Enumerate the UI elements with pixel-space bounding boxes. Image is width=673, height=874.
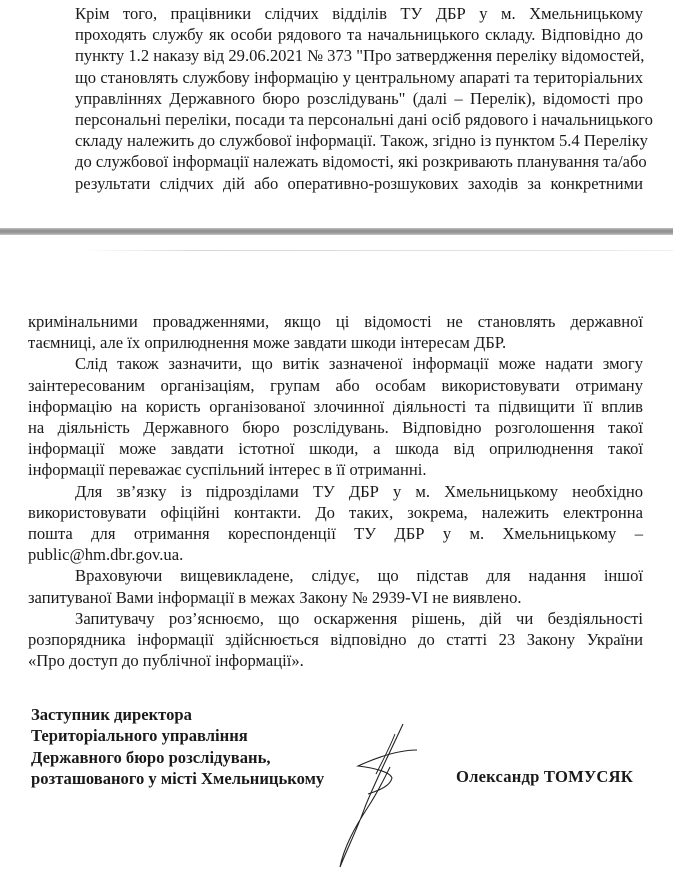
paragraph-official-contacts: Для зв’язку із підрозділами ТУ ДБР у м. … — [28, 481, 643, 566]
text-line: заінтересованим організаціям, групам або… — [28, 375, 643, 396]
text-line: персональні переліки, посади та персонал… — [28, 109, 643, 130]
text-line: пункту 1.2 наказу від 29.06.2021 № 373 "… — [28, 45, 643, 66]
text-line: управліннях Державного бюро розслідувань… — [28, 88, 643, 109]
page-edge-shadow — [80, 250, 673, 251]
page-break-separator — [0, 228, 673, 235]
text-line: запитуваної Вами інформації в межах Зако… — [28, 587, 643, 608]
text-line: інформацію на користь організованої злоч… — [28, 396, 643, 417]
text-line: Враховуючи вищевикладене, слідує, що під… — [28, 565, 643, 586]
paragraph-service-info: Крім того, працівники слідчих відділів Т… — [28, 3, 643, 194]
page-fragment-bottom: кримінальними провадженнями, якщо ці від… — [28, 311, 643, 671]
paragraph-appeal-rights: Запитувачу роз’яснюємо, що оскарження рі… — [28, 608, 643, 672]
text-line: розпорядника інформації здійснюється від… — [28, 629, 643, 650]
signer-name: Олександр ТОМУСЯК — [456, 767, 633, 787]
text-line: «Про доступ до публічної інформації». — [28, 650, 643, 671]
paragraph-continuation: кримінальними провадженнями, якщо ці від… — [28, 311, 643, 353]
text-line: складу належить до службової інформації.… — [28, 130, 643, 151]
text-line: на діяльність Державного бюро розслідува… — [28, 417, 643, 438]
text-line: інформації переважає суспільний інтерес … — [28, 459, 643, 480]
position-line: розташованого у місті Хмельницькому — [31, 768, 324, 789]
text-line: проходять службу як особи рядового та на… — [28, 24, 643, 45]
position-line: Державного бюро розслідувань, — [31, 747, 324, 768]
text-line: таємниці, але їх оприлюднення може завда… — [28, 332, 643, 353]
paragraph-leak-risk: Слід також зазначити, що витік зазначено… — [28, 353, 643, 480]
paragraph-conclusion: Враховуючи вищевикладене, слідує, що під… — [28, 565, 643, 607]
text-line: до службової інформації належать відомос… — [28, 151, 643, 172]
text-line: Для зв’язку із підрозділами ТУ ДБР у м. … — [28, 481, 643, 502]
position-line: Заступник директора — [31, 704, 324, 725]
text-line: Слід також зазначити, що витік зазначено… — [28, 353, 643, 374]
position-line: Територіального управління — [31, 725, 324, 746]
text-line: що становлять службову інформацію у цент… — [28, 67, 643, 88]
text-line: Запитувачу роз’яснюємо, що оскарження рі… — [28, 608, 643, 629]
contact-email: public@hm.dbr.gov.ua. — [28, 544, 643, 565]
page-fragment-top: Крім того, працівники слідчих відділів Т… — [28, 3, 643, 194]
text-line: результати слідчих дій або оперативно-ро… — [28, 173, 643, 194]
text-line: інформації може завдати істотної шкоди, … — [28, 438, 643, 459]
signatory-position: Заступник директора Територіального упра… — [31, 704, 324, 789]
text-line: Крім того, працівники слідчих відділів Т… — [28, 3, 643, 24]
text-line: використовувати офіційні контакти. До та… — [28, 502, 643, 523]
handwritten-signature-icon — [320, 712, 430, 872]
text-line: кримінальними провадженнями, якщо ці від… — [28, 311, 643, 332]
text-line: пошта для отримання кореспонденції ТУ ДБ… — [28, 523, 643, 544]
